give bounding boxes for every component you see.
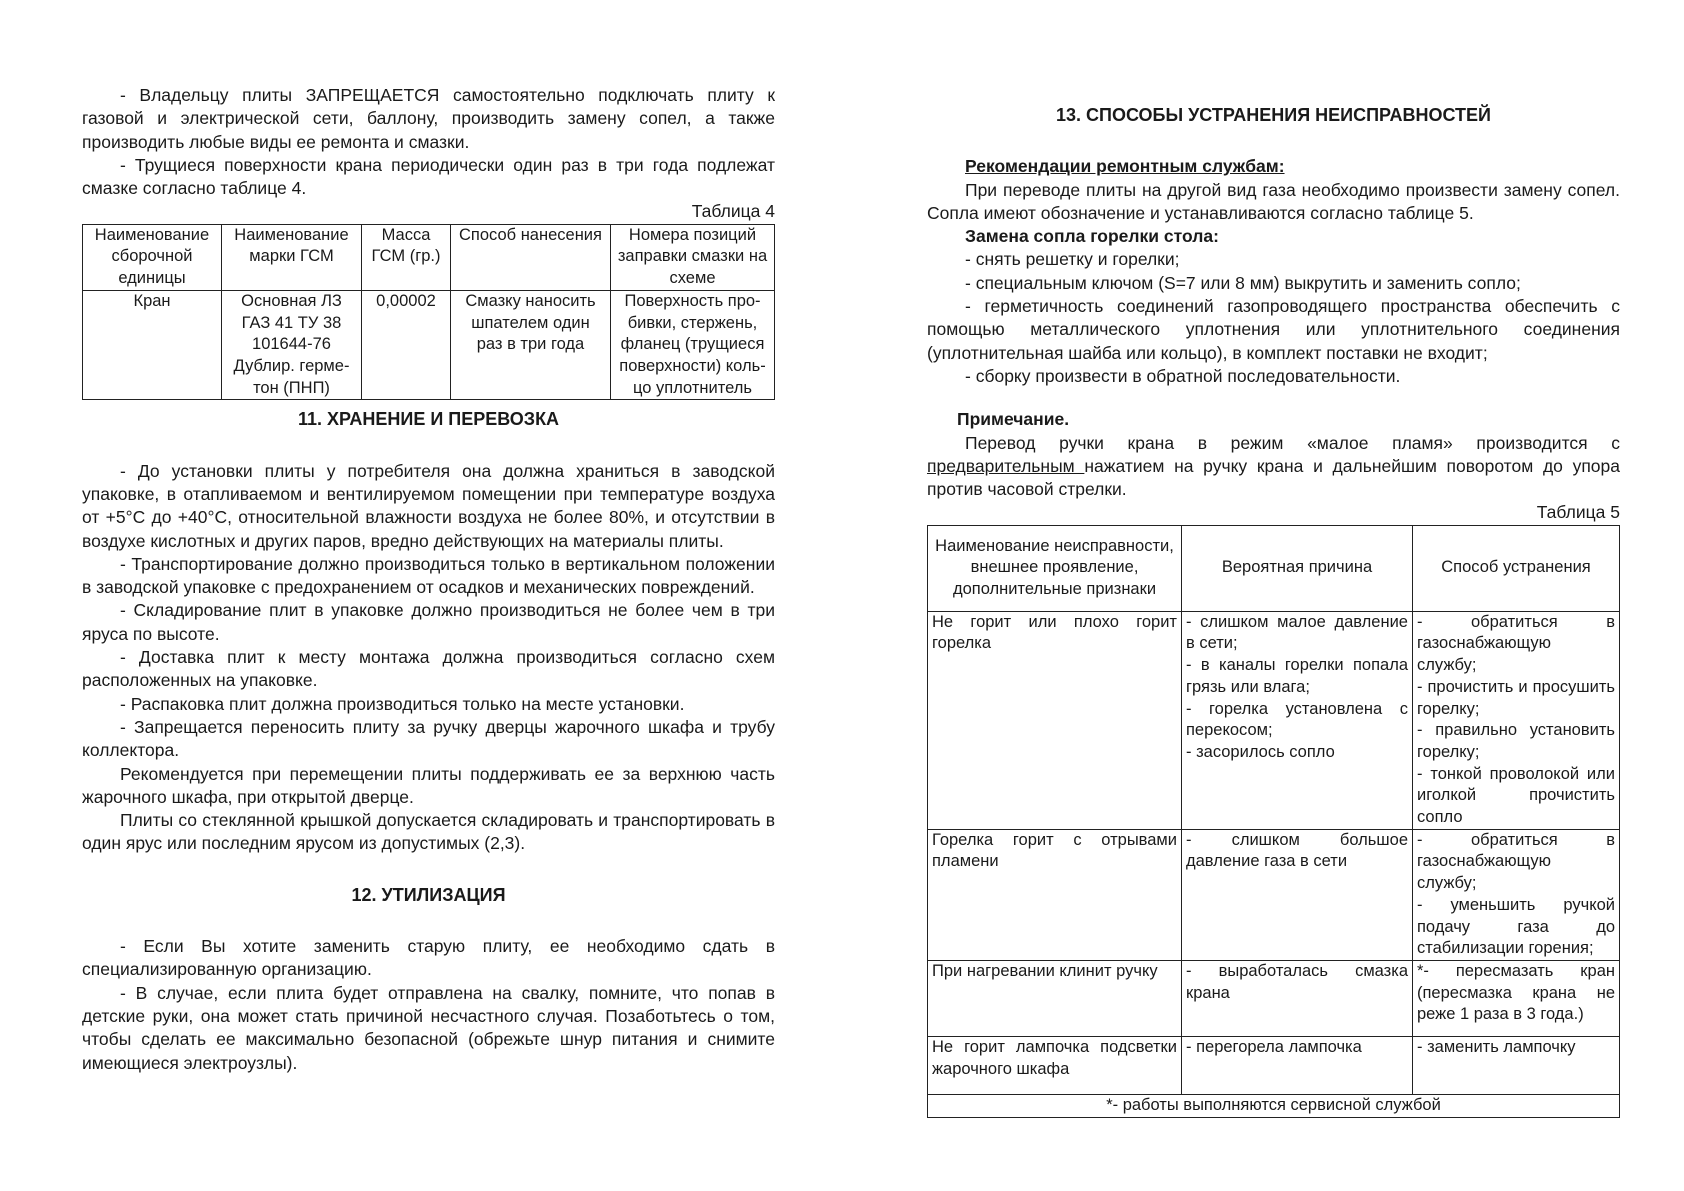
- cell-line: Дублир. герме-: [226, 356, 357, 378]
- table5-footnote-row: *- работы выполняются сервисной службой: [928, 1095, 1620, 1118]
- table5-cell-remedy: *- пересмазать кран (пересмазка крана не…: [1413, 961, 1620, 1037]
- intro-paragraph: - Трущиеся поверхности крана периодическ…: [82, 154, 775, 201]
- table-row: При нагревании клинит ручку - выработала…: [928, 961, 1620, 1037]
- table5-header: Способ устранения: [1413, 525, 1620, 611]
- cell-line: - тонкой проволокой или иголкой прочисти…: [1417, 764, 1615, 829]
- nozzle-step: - герметичность соединений газопроводяще…: [927, 295, 1620, 365]
- cell-line: - заменить лампочку: [1417, 1037, 1615, 1059]
- table4-header: Масса ГСМ (гр.): [362, 224, 451, 290]
- table-row: Не горит лампочка подсветки жарочного шк…: [928, 1037, 1620, 1095]
- cell-line: 101644-76: [226, 334, 357, 356]
- cell-line: *- пересмазать кран (пересмазка крана не…: [1417, 961, 1615, 1026]
- cell-line: - прочистить и просушить горелку;: [1417, 677, 1615, 720]
- table4-header: Наименование сборочной единицы: [83, 224, 222, 290]
- cell-line: - обратиться в газоснабжающую службу;: [1417, 612, 1615, 677]
- cell-line: бивки, стержень,: [615, 313, 770, 335]
- section12-paragraph: - В случае, если плита будет отправлена …: [82, 982, 775, 1075]
- table5-cell-remedy: - обратиться в газоснабжающую службу; - …: [1413, 611, 1620, 829]
- cell-line: - в каналы горелки попала грязь или влаг…: [1186, 655, 1408, 698]
- cell-line: - горелка установлена с перекосом;: [1186, 699, 1408, 742]
- cell-line: шпателем один: [455, 313, 606, 335]
- table5-header: Вероятная причина: [1182, 525, 1413, 611]
- cell-line: ГАЗ 41 ТУ 38: [226, 313, 357, 335]
- section11-paragraph: Рекомендуется при перемещении плиты подд…: [82, 763, 775, 810]
- section11-paragraph: Плиты со стеклянной крышкой допускается …: [82, 809, 775, 856]
- cell-line: цо уплотнитель: [615, 378, 770, 400]
- table4-header: Способ нанесения: [451, 224, 611, 290]
- cell-line: Основная ЛЗ: [226, 291, 357, 313]
- table5-cell-cause: - слишком малое давление в сети; - в кан…: [1182, 611, 1413, 829]
- cell-line: поверхности) коль-: [615, 356, 770, 378]
- table5-footnote: *- работы выполняются сервисной службой: [928, 1095, 1620, 1118]
- table4-cell-unit: Кран: [83, 290, 222, 400]
- table5-header-row: Наименование неисправности, внешнее проя…: [928, 525, 1620, 611]
- table4-header: Номера позиций заправки смазки на схеме: [611, 224, 775, 290]
- table5-cell-remedy: - заменить лампочку: [1413, 1037, 1620, 1095]
- left-page: - Владельцу плиты ЗАПРЕЩАЕТСЯ самостояте…: [82, 84, 775, 1075]
- note-text: Перевод ручки крана в режим «малое пламя…: [927, 432, 1620, 502]
- cell-line: - слишком малое давление в сети;: [1186, 612, 1408, 655]
- note-text-part: Перевод ручки крана в режим «малое пламя…: [965, 433, 1620, 453]
- table-row: Кран Основная ЛЗ ГАЗ 41 ТУ 38 101644-76 …: [83, 290, 775, 400]
- nozzle-step: - специальным ключом (S=7 или 8 мм) выкр…: [927, 272, 1620, 295]
- section11-paragraph: - Складирование плит в упаковке должно п…: [82, 599, 775, 646]
- section12-paragraph: - Если Вы хотите заменить старую плиту, …: [82, 935, 775, 982]
- cell-line: тон (ПНП): [226, 378, 357, 400]
- cell-line: - обратиться в газоснабжающую службу;: [1417, 830, 1615, 895]
- table5-cell-cause: - слишком большое давление газа в сети: [1182, 829, 1413, 960]
- nozzle-step: - сборку произвести в обратной последова…: [927, 365, 1620, 388]
- cell-line: раз в три года: [455, 334, 606, 356]
- note-text-underlined: предварительным: [927, 456, 1084, 476]
- section11-paragraph: - До установки плиты у потребителя она д…: [82, 460, 775, 553]
- note-heading: Примечание.: [927, 408, 1620, 431]
- cell-line: - уменьшить ручкой подачу газа до стабил…: [1417, 895, 1615, 960]
- table4-cell-brand: Основная ЛЗ ГАЗ 41 ТУ 38 101644-76 Дубли…: [222, 290, 362, 400]
- cell-line: - слишком большое давление газа в сети: [1186, 830, 1408, 873]
- table-row: Горелка горит с отрывами пламени - слишк…: [928, 829, 1620, 960]
- table5-cell-fault: Не горит лампочка подсветки жарочного шк…: [928, 1037, 1182, 1095]
- table4-cell-method: Смазку наносить шпателем один раз в три …: [451, 290, 611, 400]
- table4: Наименование сборочной единицы Наименова…: [82, 224, 775, 401]
- table4-caption: Таблица 4: [82, 200, 775, 223]
- recommendations-text: При переводе плиты на другой вид газа не…: [927, 179, 1620, 226]
- table4-cell-mass: 0,00002: [362, 290, 451, 400]
- table4-header-row: Наименование сборочной единицы Наименова…: [83, 224, 775, 290]
- table5-cell-fault: Не горит или плохо горит горелка: [928, 611, 1182, 829]
- cell-line: - правильно установить горелку;: [1417, 720, 1615, 763]
- recommendations-heading: Рекомендации ремонтным службам:: [927, 155, 1620, 178]
- table4-header: Наименование марки ГСМ: [222, 224, 362, 290]
- section12-title: 12. УТИЛИЗАЦИЯ: [82, 884, 775, 907]
- table4-cell-positions: Поверхность про- бивки, стержень, фланец…: [611, 290, 775, 400]
- table5-cell-fault: При нагревании клинит ручку: [928, 961, 1182, 1037]
- section11-paragraph: - Доставка плит к месту монтажа должна п…: [82, 646, 775, 693]
- table5-cell-remedy: - обратиться в газоснабжающую службу; - …: [1413, 829, 1620, 960]
- table5-cell-cause: - выработалась смазка крана: [1182, 961, 1413, 1037]
- cell-line: фланец (трущиеся: [615, 334, 770, 356]
- table5-caption: Таблица 5: [927, 501, 1620, 524]
- section11-title: 11. ХРАНЕНИЕ И ПЕРЕВОЗКА: [82, 408, 775, 431]
- table5-cell-cause: - перегорела лампочка: [1182, 1037, 1413, 1095]
- intro-paragraph: - Владельцу плиты ЗАПРЕЩАЕТСЯ самостояте…: [82, 84, 775, 154]
- table5-header: Наименование неисправности, внешнее проя…: [928, 525, 1182, 611]
- section13-title: 13. СПОСОБЫ УСТРАНЕНИЯ НЕИСПРАВНОСТЕЙ: [927, 104, 1620, 127]
- section11-paragraph: - Транспортирование должно производиться…: [82, 553, 775, 600]
- section11-paragraph: - Запрещается переносить плиту за ручку …: [82, 716, 775, 763]
- cell-line: - выработалась смазка крана: [1186, 961, 1408, 1004]
- nozzle-step: - снять решетку и горелки;: [927, 248, 1620, 271]
- cell-line: - засорилось сопло: [1186, 742, 1408, 764]
- cell-line: Смазку наносить: [455, 291, 606, 313]
- table5: Наименование неисправности, внешнее проя…: [927, 525, 1620, 1118]
- section11-paragraph: - Распаковка плит должна производиться т…: [82, 693, 775, 716]
- nozzle-heading: Замена сопла горелки стола:: [927, 225, 1620, 248]
- table5-cell-fault: Горелка горит с отрывами пламени: [928, 829, 1182, 960]
- cell-line: Поверхность про-: [615, 291, 770, 313]
- cell-line: - перегорела лампочка: [1186, 1037, 1408, 1059]
- right-page: 13. СПОСОБЫ УСТРАНЕНИЯ НЕИСПРАВНОСТЕЙ Ре…: [927, 104, 1620, 1118]
- table-row: Не горит или плохо горит горелка - слишк…: [928, 611, 1620, 829]
